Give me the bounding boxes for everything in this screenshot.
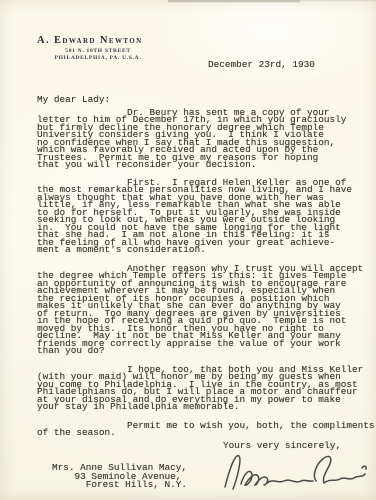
letterhead-address-line2: PHILADELPHIA, PA. U.S.A. [37, 55, 159, 61]
letter-page: A. Edward Newton 501 N. 10TH STREET PHIL… [0, 0, 376, 500]
date-line: December 23rd, 1930 [208, 61, 315, 68]
body-paragraph-3: Another reason why I trust you will acce… [37, 265, 363, 354]
handwritten-signature [213, 447, 373, 495]
letterhead-address-line1: 501 N. 10TH STREET [37, 48, 159, 54]
scan-edge-artifact-top-right [300, 0, 376, 1]
letterhead-name: A. Edward Newton [37, 35, 143, 46]
salutation: My dear Lady: [37, 96, 110, 103]
body-paragraph-4: I hope, too, that both you and Miss Kell… [37, 366, 363, 411]
recipient-address: Mrs. Anne Sullivan Macy, 93 Seminole Ave… [52, 464, 187, 490]
body-paragraph-1: Dr. Beury has sent me a copy of your let… [37, 109, 346, 169]
scan-edge-artifact-top [168, 0, 300, 2]
body-paragraph-2: First. I regard Helen Keller as one of t… [37, 179, 352, 254]
body-paragraph-5: Permit me to wish you, both, the complim… [37, 422, 375, 437]
